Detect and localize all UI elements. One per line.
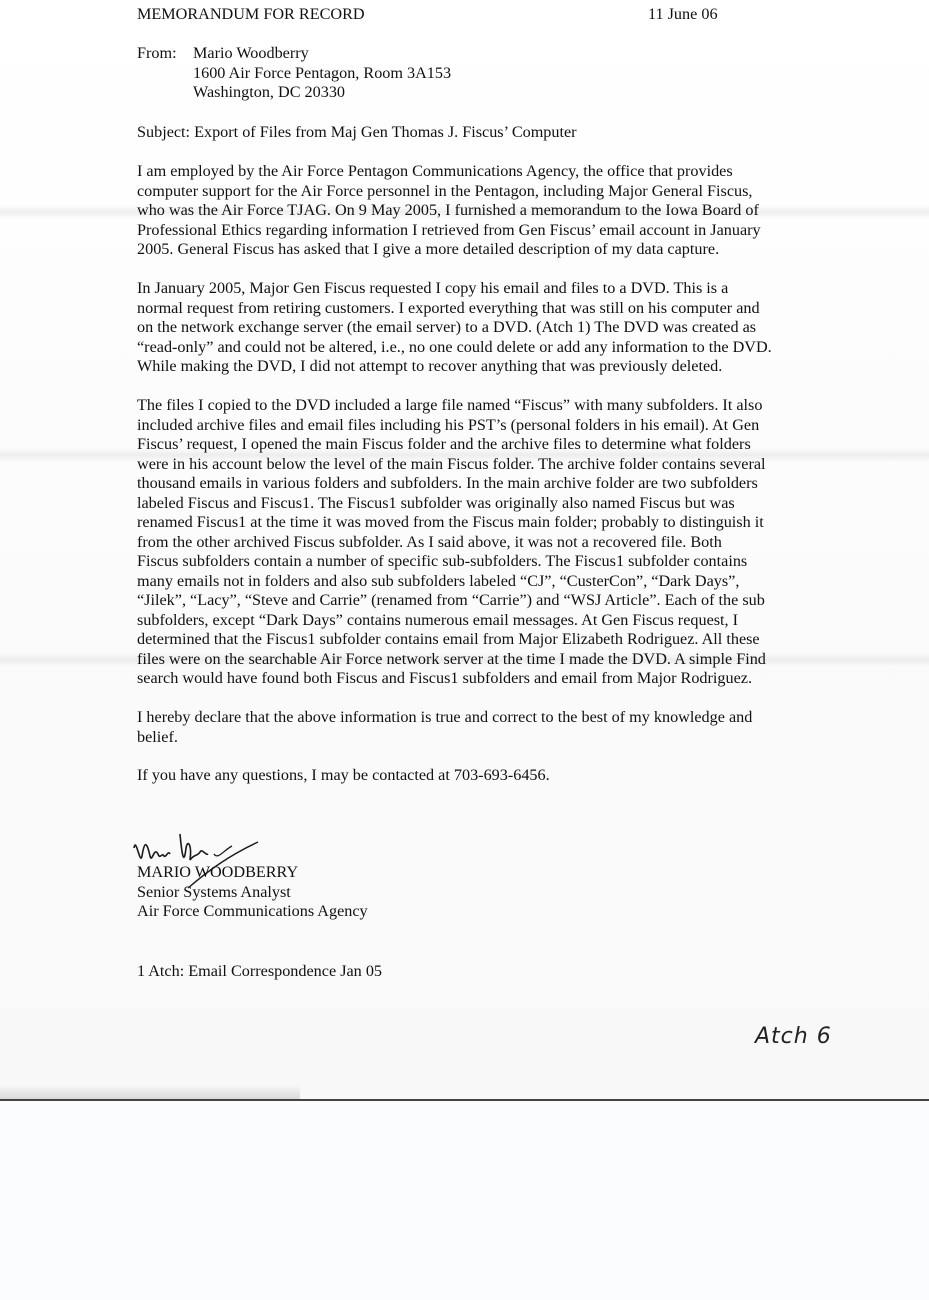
from-label: From: [137, 44, 177, 63]
page-edge-shadow [0, 1085, 300, 1099]
signer-name: MARIO WOODBERRY [137, 863, 368, 883]
memo-subject: Subject: Export of Files from Maj Gen Th… [137, 123, 577, 143]
text-line: computer support for the Air Force perso… [137, 182, 827, 202]
paragraph-3: The files I copied to the DVD included a… [137, 396, 827, 689]
text-line: files were on the searchable Air Force n… [137, 650, 827, 670]
text-line: who was the Air Force TJAG. On 9 May 200… [137, 201, 827, 221]
document-page: MEMORANDUM FOR RECORD 11 June 06 From: M… [0, 0, 929, 1100]
text-line: Professional Ethics regarding informatio… [137, 221, 827, 241]
text-line: from the other archived Fiscus subfolder… [137, 533, 827, 553]
text-line: labeled Fiscus and Fiscus1. The Fiscus1 … [137, 494, 827, 514]
text-line: Fiscus’ request, I opened the main Fiscu… [137, 435, 827, 455]
text-line: In January 2005, Major Gen Fiscus reques… [137, 279, 827, 299]
text-line: If you have any questions, I may be cont… [137, 766, 827, 786]
from-city: Washington, DC 20330 [193, 83, 451, 103]
text-line: “read-only” and could not be altered, i.… [137, 338, 827, 358]
text-line: included archive files and email files i… [137, 416, 827, 436]
signer-organization: Air Force Communications Agency [137, 902, 368, 922]
text-line: “Jilek”, “Lacy”, “Steve and Carrie” (ren… [137, 591, 827, 611]
text-line: I hereby declare that the above informat… [137, 708, 827, 728]
signer-title: Senior Systems Analyst [137, 883, 368, 903]
text-line: While making the DVD, I did not attempt … [137, 357, 827, 377]
text-line: determined that the Fiscus1 subfolder co… [137, 630, 827, 650]
text-line: renamed Fiscus1 at the time it was moved… [137, 513, 827, 533]
memo-heading: MEMORANDUM FOR RECORD [137, 5, 365, 25]
text-line: Fiscus subfolders contain a number of sp… [137, 552, 827, 572]
memo-date: 11 June 06 [648, 5, 718, 24]
signature-block: MARIO WOODBERRY Senior Systems Analyst A… [137, 863, 368, 922]
paragraph-2: In January 2005, Major Gen Fiscus reques… [137, 279, 827, 377]
paragraph-1: I am employed by the Air Force Pentagon … [137, 162, 827, 260]
text-line: on the network exchange server (the emai… [137, 318, 827, 338]
paragraph-declaration: I hereby declare that the above informat… [137, 708, 827, 747]
text-line: subfolders, except “Dark Days” contains … [137, 611, 827, 631]
text-line: normal request from retiring customers. … [137, 299, 827, 319]
text-line: 2005. General Fiscus has asked that I gi… [137, 240, 827, 260]
text-line: The files I copied to the DVD included a… [137, 396, 827, 416]
text-line: search would have found both Fiscus and … [137, 669, 827, 689]
text-line: many emails not in folders and also sub … [137, 572, 827, 592]
from-street: 1600 Air Force Pentagon, Room 3A153 [193, 64, 451, 84]
from-address: Mario Woodberry 1600 Air Force Pentagon,… [193, 44, 451, 103]
text-line: thousand emails in various folders and s… [137, 474, 827, 494]
page-bottom-edge [0, 1099, 929, 1101]
paragraph-contact: If you have any questions, I may be cont… [137, 766, 827, 786]
handwritten-attachment-label: Atch 6 [755, 1024, 832, 1049]
text-line: I am employed by the Air Force Pentagon … [137, 162, 827, 182]
from-name: Mario Woodberry [193, 44, 451, 64]
text-line: belief. [137, 728, 827, 748]
attachment-note: 1 Atch: Email Correspondence Jan 05 [137, 962, 382, 982]
text-line: were in his account below the level of t… [137, 455, 827, 475]
